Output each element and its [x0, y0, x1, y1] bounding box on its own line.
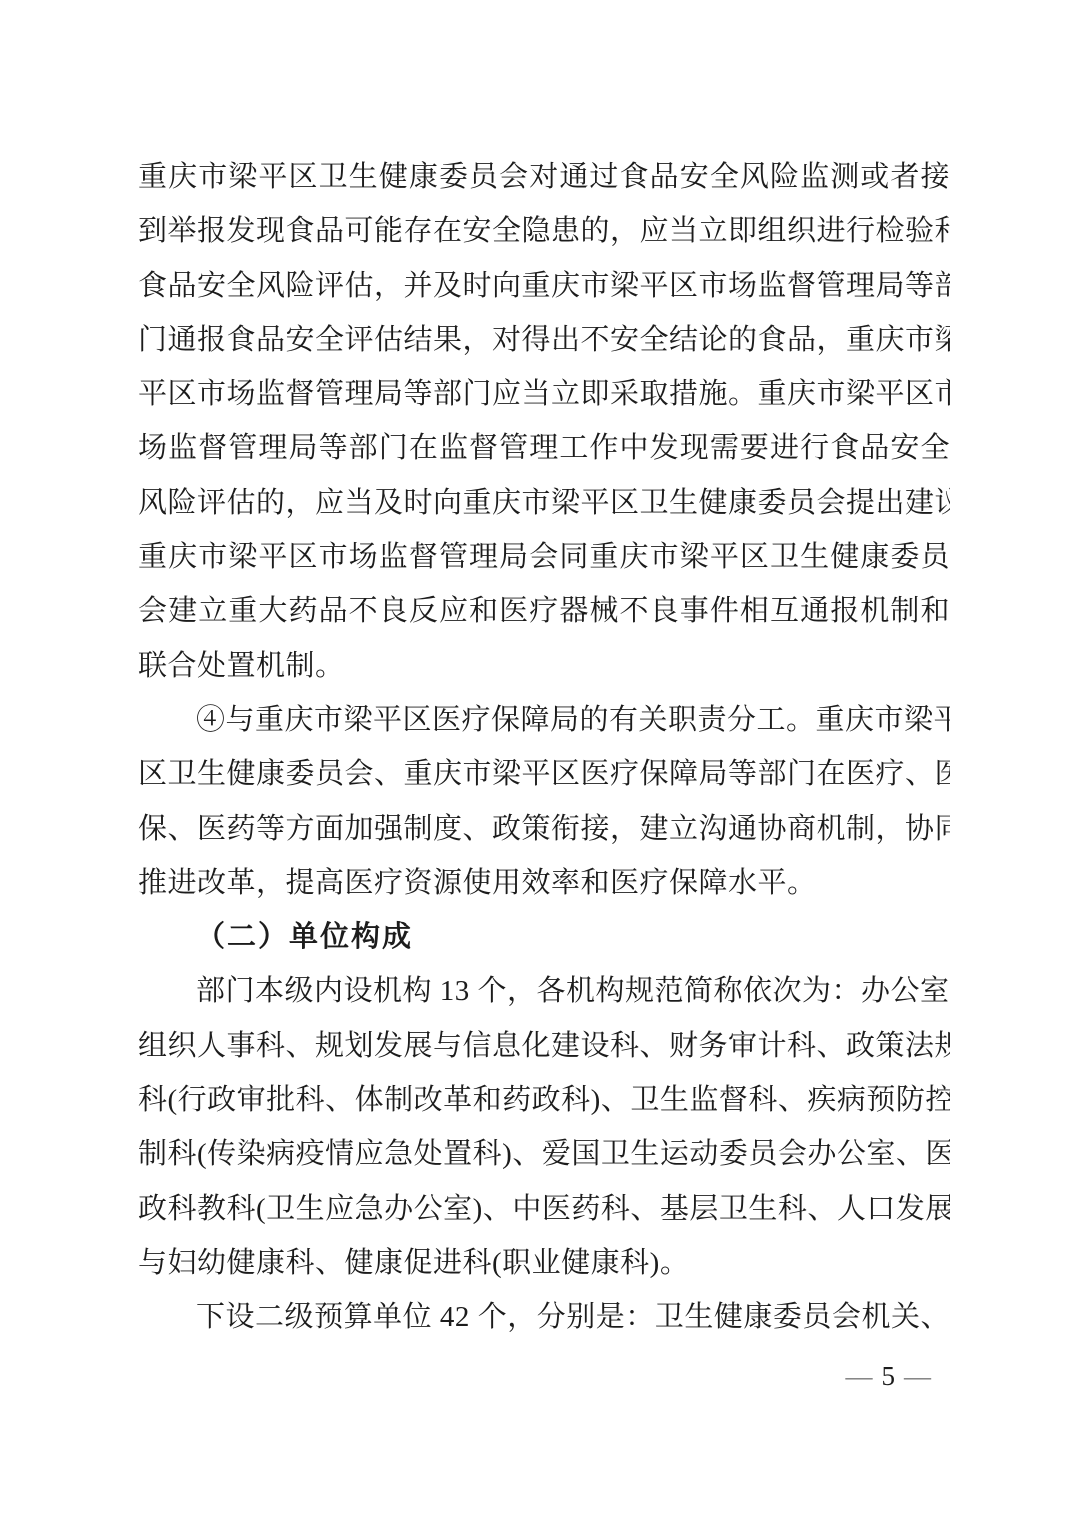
document-body: 重庆市梁平区卫生健康委员会对通过食品安全风险监测或者接到举报发现食品可能存在安全…	[138, 150, 950, 1345]
text-line: 与妇幼健康科、健康促进科(职业健康科)。	[138, 1236, 950, 1290]
document-page: 重庆市梁平区卫生健康委员会对通过食品安全风险监测或者接到举报发现食品可能存在安全…	[0, 0, 1074, 1520]
text-line: 场监督管理局等部门在监督管理工作中发现需要进行食品安全	[138, 421, 950, 475]
text-line: 重庆市梁平区卫生健康委员会对通过食品安全风险监测或者接	[138, 150, 950, 204]
text-line: 下设二级预算单位 42 个，分别是：卫生健康委员会机关、	[138, 1290, 950, 1344]
text-line: 区卫生健康委员会、重庆市梁平区医疗保障局等部门在医疗、医	[138, 747, 950, 801]
text-line: 平区市场监督管理局等部门应当立即采取措施。重庆市梁平区市	[138, 367, 950, 421]
text-line: 科(行政审批科、体制改革和药政科)、卫生监督科、疾病预防控	[138, 1073, 950, 1127]
text-line: 组织人事科、规划发展与信息化建设科、财务审计科、政策法规	[138, 1019, 950, 1073]
text-line: 联合处置机制。	[138, 639, 950, 693]
text-line: 部门本级内设机构 13 个，各机构规范简称依次为：办公室、	[138, 964, 950, 1018]
text-line: 制科(传染病疫情应急处置科)、爱国卫生运动委员会办公室、医	[138, 1127, 950, 1181]
text-line: 风险评估的，应当及时向重庆市梁平区卫生健康委员会提出建议。	[138, 476, 950, 530]
page-number-right-dash: —	[896, 1361, 940, 1391]
page-number-value: 5	[882, 1361, 897, 1391]
text-line: 保、医药等方面加强制度、政策衔接，建立沟通协商机制，协同	[138, 802, 950, 856]
section-heading: （二）单位构成	[138, 910, 950, 964]
text-line: 门通报食品安全评估结果，对得出不安全结论的食品，重庆市梁	[138, 313, 950, 367]
text-line: ④与重庆市梁平区医疗保障局的有关职责分工。重庆市梁平	[138, 693, 950, 747]
text-line: 到举报发现食品可能存在安全隐患的，应当立即组织进行检验和	[138, 204, 950, 258]
text-line: 食品安全风险评估，并及时向重庆市梁平区市场监督管理局等部	[138, 259, 950, 313]
page-number-left-dash: —	[838, 1361, 882, 1391]
text-line: 会建立重大药品不良反应和医疗器械不良事件相互通报机制和	[138, 584, 950, 638]
text-line: 推进改革，提高医疗资源使用效率和医疗保障水平。	[138, 856, 950, 910]
text-line: 政科教科(卫生应急办公室)、中医药科、基层卫生科、人口发展	[138, 1182, 950, 1236]
page-number: —5—	[838, 1358, 941, 1394]
text-line: 重庆市梁平区市场监督管理局会同重庆市梁平区卫生健康委员	[138, 530, 950, 584]
